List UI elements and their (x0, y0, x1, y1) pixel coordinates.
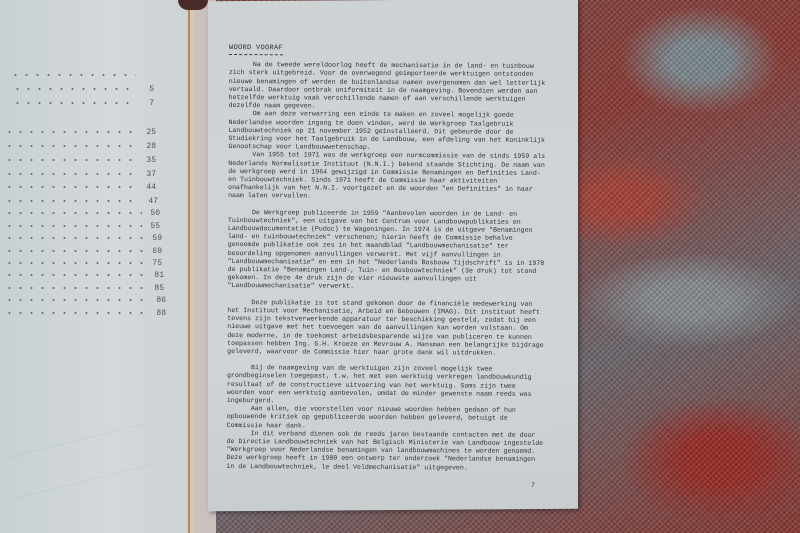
toc-entry: 7 (8, 97, 158, 109)
toc-page-number: 55 (142, 222, 164, 231)
toc-page-number: 59 (144, 234, 166, 243)
paragraph: Aan allen, die voorstellen voor nieuwe w… (227, 405, 547, 432)
toc-entry: 75 (0, 257, 166, 269)
toc-entry: 59 (0, 232, 166, 244)
dot-leader (0, 156, 138, 164)
toc-entry: 25 (0, 126, 160, 138)
toc-entry: 5 (8, 83, 158, 95)
left-page: 57252835374447505559697581858688 (0, 0, 190, 533)
dot-leader (8, 85, 136, 93)
dot-leader (0, 271, 146, 279)
dot-leader (8, 99, 136, 107)
toc-entry: 86 (0, 294, 170, 306)
toc-entry: 55 (0, 220, 164, 232)
toc-page-number: 25 (138, 128, 160, 137)
dot-leader (0, 222, 142, 230)
dot-leader (0, 197, 140, 205)
toc-entry: 35 (0, 154, 160, 166)
dot-leader (0, 128, 138, 136)
toc-page-number: 50 (142, 209, 164, 218)
faint-pencil-marks (7, 424, 153, 499)
paragraph: De Werkgroep publiceerde in 1959 "Aanbev… (227, 209, 547, 293)
toc-page-number: 69 (144, 247, 166, 256)
toc-page-number: 86 (148, 296, 170, 305)
toc-page-number: 47 (140, 197, 162, 206)
dot-leader (0, 259, 144, 267)
toc-page-number: 88 (148, 309, 170, 318)
paragraph: Na de tweede wereldoorlog heeft de mecha… (229, 61, 549, 112)
page-heading: WOORD VOORAF (229, 44, 283, 56)
toc-entry: 37 (0, 168, 160, 180)
toc-entry: 81 (0, 269, 168, 281)
foreword-text: WOORD VOORAF Na de tweede wereldoorlog h… (226, 44, 549, 473)
toc-dot-line (6, 69, 136, 81)
dot-leader (0, 296, 148, 304)
toc-page-number: 7 (136, 99, 158, 108)
toc-entry: 50 (0, 207, 164, 219)
toc-entry: 88 (0, 307, 170, 319)
toc-page-number: 5 (136, 85, 158, 94)
dot-leader (0, 170, 138, 178)
dot-leader (0, 309, 148, 317)
paragraph: Deze publikatie is tot stand gekomen doo… (227, 299, 547, 358)
paragraph: Van 1955 tot 1971 was de werkgroep een n… (228, 151, 548, 202)
toc-page-number: 44 (138, 183, 160, 192)
toc-entry: 69 (0, 245, 166, 257)
toc-entry: 85 (0, 282, 168, 294)
toc-page-number: 75 (144, 259, 166, 268)
toc-page-number: 35 (138, 156, 160, 165)
toc-page-number: 37 (138, 170, 160, 179)
toc-entry: 47 (0, 195, 162, 207)
page-number: 7 (531, 482, 535, 489)
dot-leader (0, 234, 144, 242)
dot-leader (6, 71, 136, 79)
toc-entry: 28 (0, 140, 160, 152)
dot-leader (0, 142, 138, 150)
paragraph: Bij de naamgeving van de werktuigen zijn… (227, 364, 547, 407)
toc-page-number: 28 (138, 142, 160, 151)
dot-leader (0, 183, 138, 191)
paragraph: Om aan deze verwarring een einde te make… (228, 110, 548, 153)
dot-leader (0, 247, 144, 255)
dot-leader (0, 284, 146, 292)
toc-page-number: 85 (146, 284, 168, 293)
dot-leader (0, 209, 142, 217)
paragraph: In dit verband dienen ook de reeds jaren… (226, 430, 546, 473)
toc-page-number: 81 (146, 271, 168, 280)
toc-entry: 44 (0, 181, 160, 193)
